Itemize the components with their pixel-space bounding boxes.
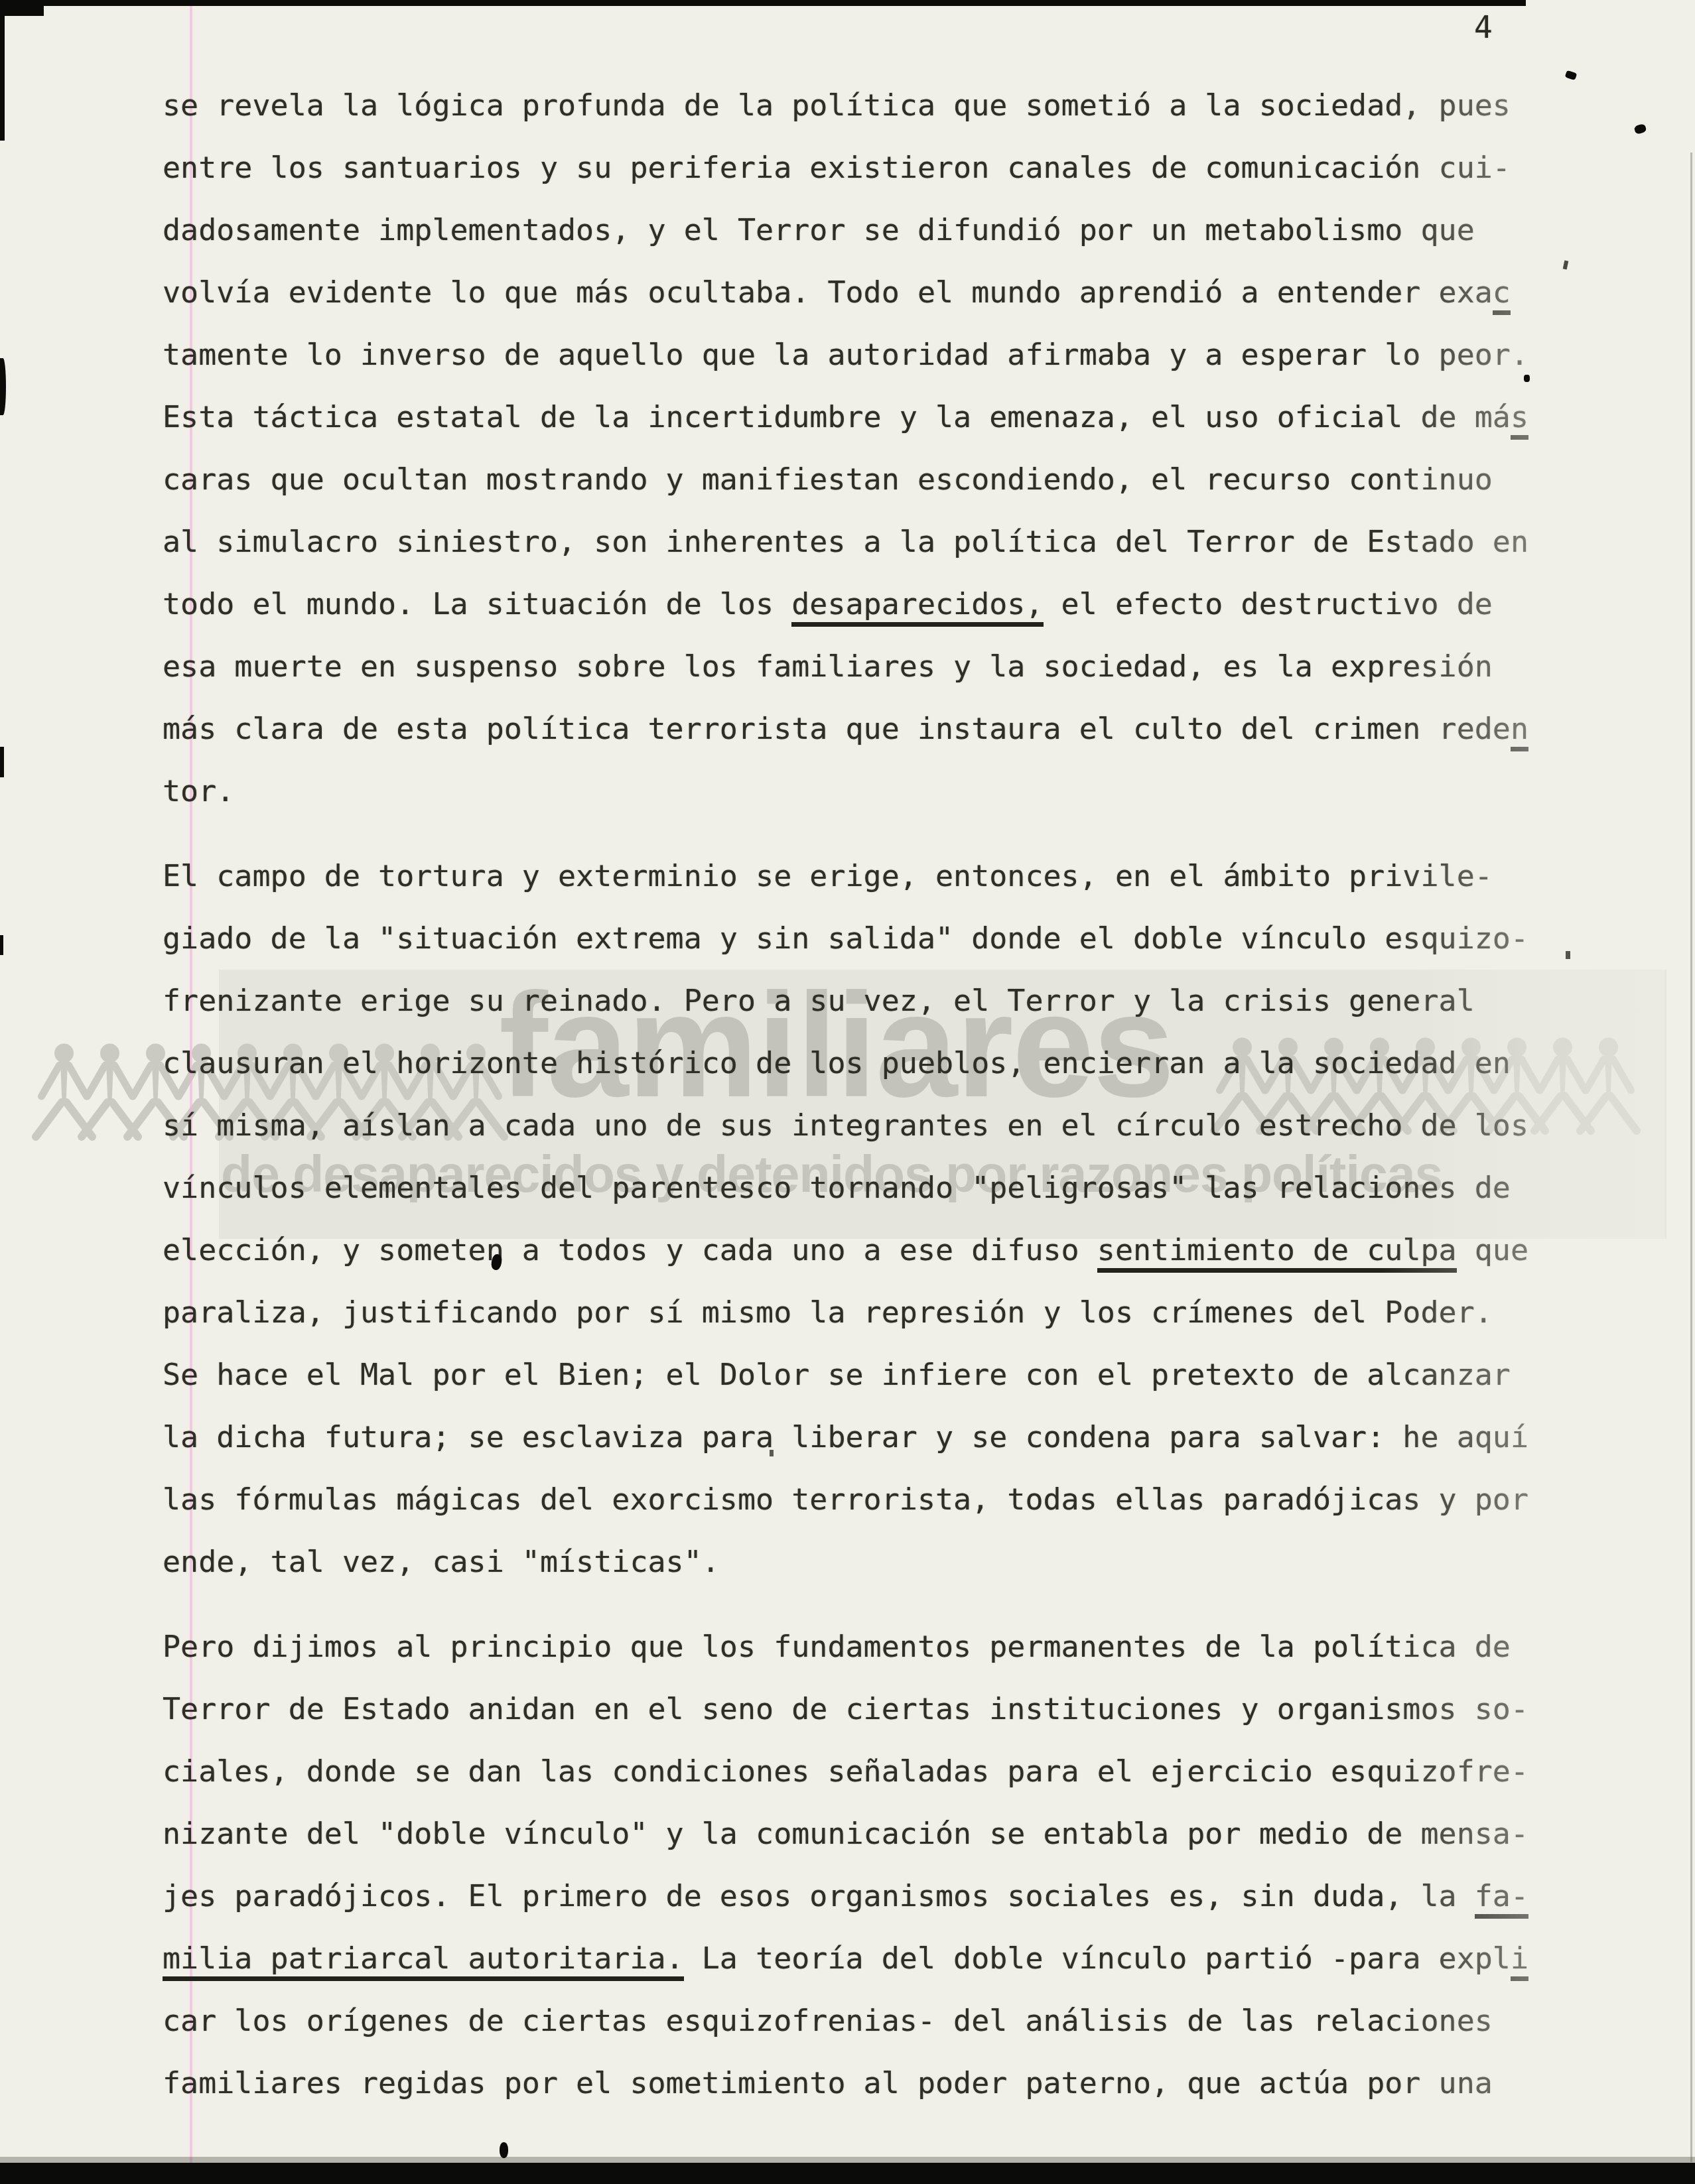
stray-mark	[770, 1450, 774, 1456]
text-segment: la dicha futura; se esclaviza para liber…	[163, 1419, 1528, 1454]
text-line: volvía evidente lo que más ocultaba. Tod…	[163, 261, 1609, 324]
paragraph: Pero dijimos al principio que los fundam…	[163, 1616, 1609, 2114]
text-line: ciales, donde se dan las condiciones señ…	[163, 1740, 1609, 1803]
text-segment: nizante del "doble vínculo" y la comunic…	[163, 1816, 1528, 1851]
ink-speck	[500, 2142, 508, 2158]
text-segment: que	[1457, 1232, 1528, 1267]
text-segment: ende, tal vez, casi "místicas".	[163, 1544, 720, 1579]
text-line: milia patriarcal autoritaria. La teoría …	[163, 1927, 1609, 1990]
ink-speck	[1634, 123, 1647, 135]
paragraph: El campo de tortura y exterminio se erig…	[163, 845, 1609, 1593]
text-segment: sí misma, aíslan a cada uno de sus integ…	[163, 1108, 1528, 1143]
text-segment: Esta táctica estatal de la incertidumbre…	[163, 399, 1511, 434]
underlined-text: s	[1511, 399, 1528, 440]
text-line: al simulacro siniestro, son inherentes a…	[163, 511, 1609, 573]
text-segment: Pero dijimos al principio que los fundam…	[163, 1629, 1511, 1664]
text-line: nizante del "doble vínculo" y la comunic…	[163, 1803, 1609, 1865]
page-number: 4	[1474, 9, 1493, 46]
ink-speck	[1524, 375, 1530, 382]
text-line: Pero dijimos al principio que los fundam…	[163, 1616, 1609, 1678]
text-segment: al simulacro siniestro, son inherentes a…	[163, 524, 1528, 559]
text-segment: esa muerte en suspenso sobre los familia…	[163, 649, 1493, 684]
scan-edge-bottom-fringe	[0, 2157, 1695, 2163]
text-line: El campo de tortura y exterminio se erig…	[163, 845, 1609, 907]
text-line: sí misma, aíslan a cada uno de sus integ…	[163, 1094, 1609, 1157]
underlined-text: sentimiento de culpa	[1097, 1232, 1457, 1273]
text-segment: caras que ocultan mostrando y manifiesta…	[163, 462, 1493, 497]
underlined-text: i	[1511, 1941, 1528, 1981]
text-line: frenizante erige su reinado. Pero a su v…	[163, 970, 1609, 1032]
text-segment: las fórmulas mágicas del exorcismo terro…	[163, 1482, 1528, 1517]
text-line: dadosamente implementados, y el Terror s…	[163, 199, 1609, 261]
text-segment: vínculos elementales del parentesco torn…	[163, 1170, 1511, 1205]
text-line: vínculos elementales del parentesco torn…	[163, 1157, 1609, 1219]
text-segment: Terror de Estado anidan en el seno de ci…	[163, 1691, 1528, 1726]
scan-edge-left-blob	[0, 358, 6, 415]
scan-edge-right-line	[1690, 153, 1692, 2162]
text-line: caras que ocultan mostrando y manifiesta…	[163, 448, 1609, 511]
text-line: Esta táctica estatal de la incertidumbre…	[163, 386, 1609, 448]
text-segment: La teoría del doble vínculo partió -para…	[684, 1941, 1511, 1976]
text-segment: clausuran el horizonte histórico de los …	[163, 1045, 1511, 1080]
text-segment: car los orígenes de ciertas esquizofreni…	[163, 2003, 1493, 2038]
text-line: Terror de Estado anidan en el seno de ci…	[163, 1678, 1609, 1740]
text-segment: entre los santuarios y su periferia exis…	[163, 150, 1511, 185]
scan-edge-left-mark-2	[0, 935, 3, 955]
text-line: giado de la "situación extrema y sin sal…	[163, 907, 1609, 970]
scan-edge-bottom	[0, 2163, 1695, 2184]
text-segment: tor.	[163, 773, 234, 808]
text-segment: volvía evidente lo que más ocultaba. Tod…	[163, 275, 1493, 310]
stray-mark	[1566, 951, 1570, 959]
text-segment: paraliza, justificando por sí mismo la r…	[163, 1295, 1493, 1330]
text-line: tamente lo inverso de aquello que la aut…	[163, 324, 1609, 386]
underlined-text: desaparecidos,	[791, 586, 1043, 627]
text-segment: ciales, donde se dan las condiciones señ…	[163, 1754, 1528, 1789]
paragraph: se revela la lógica profunda de la polít…	[163, 74, 1609, 822]
text-line: tor.	[163, 760, 1609, 822]
scan-edge-top-left-corner	[0, 0, 44, 16]
text-segment: El campo de tortura y exterminio se erig…	[163, 858, 1493, 893]
underlined-text: fa-	[1475, 1878, 1528, 1919]
text-line: se revela la lógica profunda de la polít…	[163, 74, 1609, 137]
typewritten-text: se revela la lógica profunda de la polít…	[163, 74, 1609, 2114]
text-line: más clara de esta política terrorista qu…	[163, 698, 1609, 760]
scan-edge-left-mark	[0, 747, 4, 777]
scanned-document-page: familiares de desaparecidos y detenidos …	[0, 0, 1695, 2184]
text-segment: jes paradójicos. El primero de esos orga…	[163, 1878, 1475, 1913]
text-segment: dadosamente implementados, y el Terror s…	[163, 212, 1475, 247]
scan-edge-left-strip	[0, 0, 5, 141]
text-segment: más clara de esta política terrorista qu…	[163, 711, 1511, 746]
text-line: jes paradójicos. El primero de esos orga…	[163, 1865, 1609, 1927]
underlined-text: milia patriarcal autoritaria.	[163, 1941, 684, 1981]
text-segment: elección, y someten a todos y cada uno a…	[163, 1232, 1097, 1267]
text-line: ende, tal vez, casi "místicas".	[163, 1531, 1609, 1593]
text-segment: se revela la lógica profunda de la polít…	[163, 88, 1511, 123]
text-line: esa muerte en suspenso sobre los familia…	[163, 635, 1609, 698]
text-line: clausuran el horizonte histórico de los …	[163, 1032, 1609, 1094]
text-segment: frenizante erige su reinado. Pero a su v…	[163, 983, 1475, 1018]
text-segment: todo el mundo. La situación de los	[163, 586, 791, 621]
text-line: familiares regidas por el sometimiento a…	[163, 2052, 1609, 2114]
text-line: la dicha futura; se esclaviza para liber…	[163, 1406, 1609, 1468]
text-segment: el efecto destructivo de	[1044, 586, 1493, 621]
underlined-text: n	[1511, 711, 1528, 751]
text-line: Se hace el Mal por el Bien; el Dolor se …	[163, 1344, 1609, 1406]
text-line: las fórmulas mágicas del exorcismo terro…	[163, 1468, 1609, 1531]
text-segment: tamente lo inverso de aquello que la aut…	[163, 337, 1528, 372]
underlined-text: c	[1493, 275, 1511, 315]
text-segment: Se hace el Mal por el Bien; el Dolor se …	[163, 1357, 1511, 1392]
text-line: todo el mundo. La situación de los desap…	[163, 573, 1609, 635]
text-line: elección, y someten a todos y cada uno a…	[163, 1219, 1609, 1281]
text-line: paraliza, justificando por sí mismo la r…	[163, 1281, 1609, 1344]
text-line: car los orígenes de ciertas esquizofreni…	[163, 1990, 1609, 2052]
text-segment: familiares regidas por el sometimiento a…	[163, 2065, 1493, 2100]
text-segment: giado de la "situación extrema y sin sal…	[163, 921, 1528, 956]
scan-edge-top	[0, 0, 1526, 6]
text-line: entre los santuarios y su periferia exis…	[163, 137, 1609, 199]
